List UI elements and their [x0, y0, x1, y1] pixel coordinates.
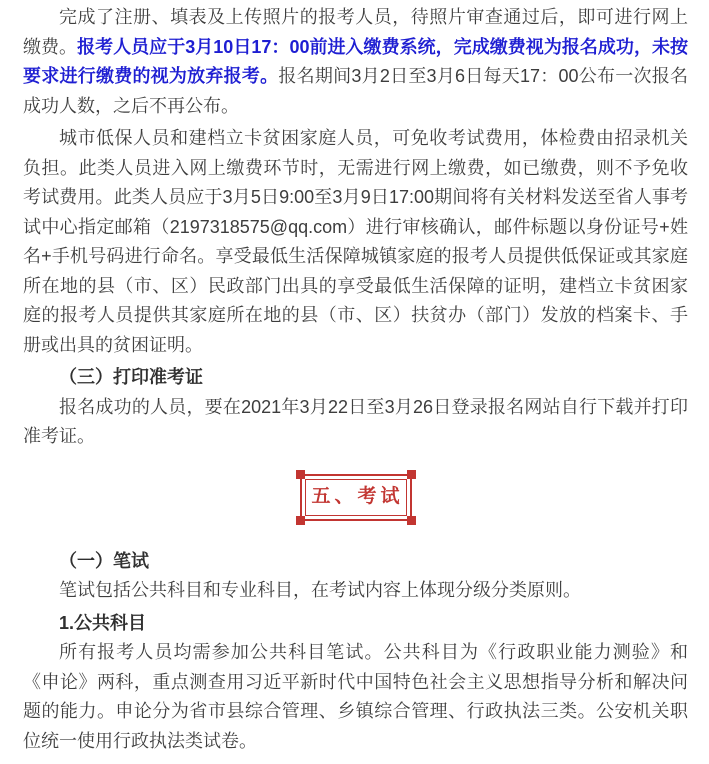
paragraph-payment-deadline: 完成了注册、填表及上传照片的报考人员，待照片审查通过后，即可进行网上缴费。报考人…	[23, 3, 688, 121]
corner-square-bottom-left-icon	[296, 516, 305, 525]
paragraph-public-subjects: 所有报考人员均需参加公共科目笔试。公共科目为《行政职业能力测验》和《申论》两科，…	[23, 638, 688, 756]
corner-square-top-left-icon	[296, 470, 305, 479]
heading-print-admission-ticket: （三）打印准考证	[23, 363, 688, 393]
heading-public-subjects: 1.公共科目	[23, 609, 688, 639]
corner-square-bottom-right-icon	[407, 516, 416, 525]
corner-square-top-right-icon	[407, 470, 416, 479]
section-title-box: 五、考试	[300, 474, 412, 521]
heading-written-exam: （一）笔试	[23, 547, 688, 577]
paragraph-written-exam-intro: 笔试包括公共科目和专业科目，在考试内容上体现分级分类原则。	[23, 576, 688, 606]
document-page: 完成了注册、填表及上传照片的报考人员，待照片审查通过后，即可进行网上缴费。报考人…	[0, 0, 709, 756]
paragraph-fee-waiver: 城市低保人员和建档立卡贫困家庭人员，可免收考试费用，体检费由招录机关负担。此类人…	[23, 124, 688, 360]
paragraph-print-admission-ticket: 报名成功的人员，要在2021年3月22日至3月26日登录报名网站自行下载并打印准…	[23, 393, 688, 452]
section-title-exam: 五、考试	[305, 479, 407, 516]
